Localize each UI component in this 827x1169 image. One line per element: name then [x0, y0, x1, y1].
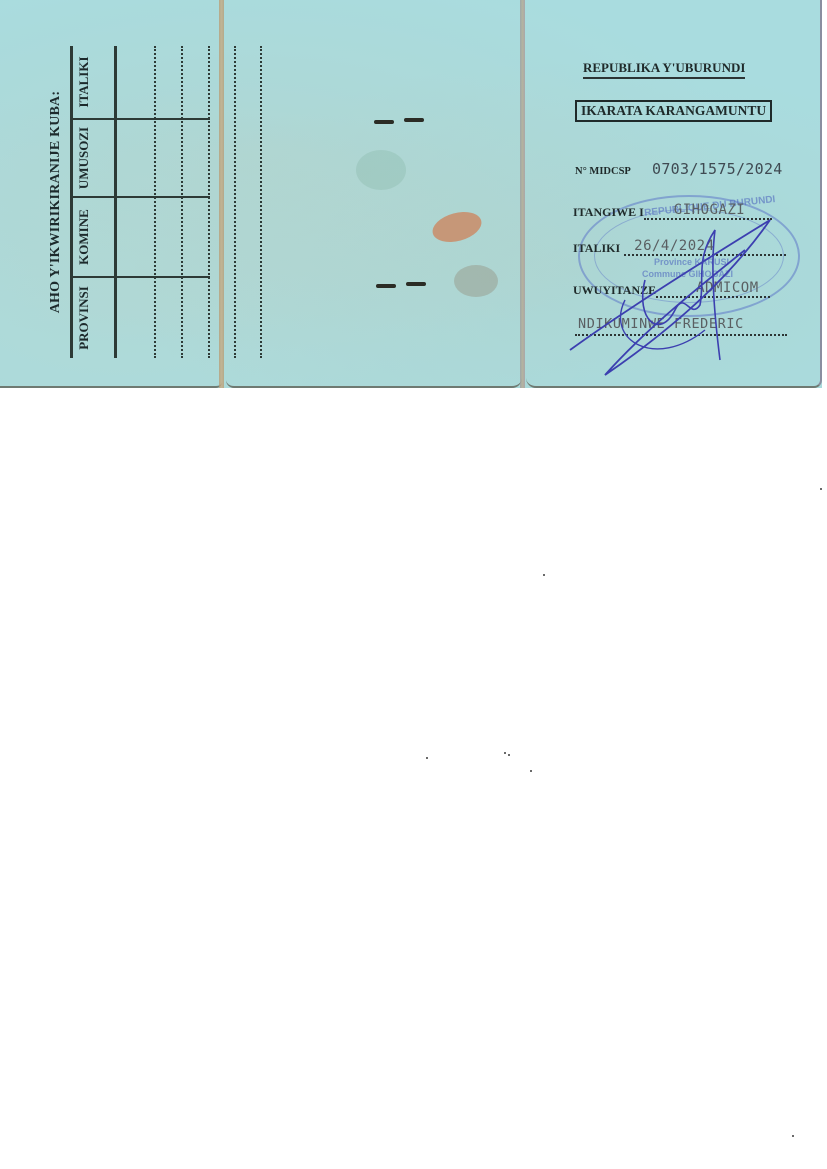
- booklet-fold: [520, 0, 525, 388]
- residence-table-title: AHO Y'IKWIRIKIRANIJE KUBA:: [48, 46, 64, 358]
- stamp-province: Province KARUSI: [654, 257, 729, 267]
- dirt-stain: [454, 265, 498, 297]
- column-header-komine: KOMINE: [76, 198, 92, 276]
- scan-speck: [426, 757, 428, 759]
- scan-speck: [508, 754, 510, 756]
- residence-history-panel: AHO Y'IKWIRIKIRANIJE KUBA: PROVINSI KOMI…: [0, 0, 222, 388]
- scan-speck: [792, 1135, 794, 1137]
- issuer-name: NDIKUMINWE FREDERIC: [578, 316, 744, 332]
- empty-row-line: [208, 46, 210, 358]
- staple-mark: [406, 282, 426, 286]
- staple-mark: [376, 284, 396, 288]
- table-header-top-rule: [70, 46, 73, 358]
- card-title: IKARATA KARANGAMUNTU: [575, 100, 772, 122]
- field-label: ITANGIWE I: [573, 205, 644, 219]
- table-header-bottom-rule: [114, 46, 117, 358]
- staple-mark: [404, 118, 424, 122]
- booklet-fold: [219, 0, 224, 388]
- column-divider: [70, 276, 210, 278]
- republic-title: REPUBLIKA Y'UBURUNDI: [583, 60, 745, 79]
- column-header-italiki: ITALIKI: [76, 46, 92, 118]
- stamp-commune: Commune GIHOGAZI: [642, 269, 733, 279]
- field-date: ITALIKI26/4/2024: [573, 240, 786, 256]
- card-number-label: N° MIDCSP: [575, 166, 631, 177]
- field-label: ITALIKI: [573, 241, 620, 255]
- rust-stain: [429, 207, 485, 247]
- blank-middle-panel: [226, 0, 522, 388]
- scan-speck: [504, 752, 506, 754]
- field-issued-at: ITANGIWE IGIHOGAZI: [573, 204, 772, 220]
- column-header-provinsi: PROVINSI: [76, 278, 92, 358]
- column-header-umusozi: UMUSOZI: [76, 120, 92, 196]
- empty-row-line: [154, 46, 156, 358]
- scan-speck: [530, 770, 532, 772]
- empty-row-line: [181, 46, 183, 358]
- scan-speck: [543, 574, 545, 576]
- column-divider: [70, 118, 210, 120]
- field-value: 26/4/2024: [634, 238, 714, 254]
- scan-speck: [820, 488, 822, 490]
- field-value: ADMICOM: [696, 280, 759, 296]
- column-divider: [70, 196, 210, 198]
- field-value: GIHOGAZI: [674, 202, 745, 218]
- staple-mark: [374, 120, 394, 124]
- field-issued-by: UWUYITANZEADMICOM: [573, 282, 770, 298]
- card-number-value: 0703/1575/2024: [652, 160, 783, 178]
- faded-mark: [356, 150, 406, 190]
- field-label: UWUYITANZE: [573, 283, 656, 297]
